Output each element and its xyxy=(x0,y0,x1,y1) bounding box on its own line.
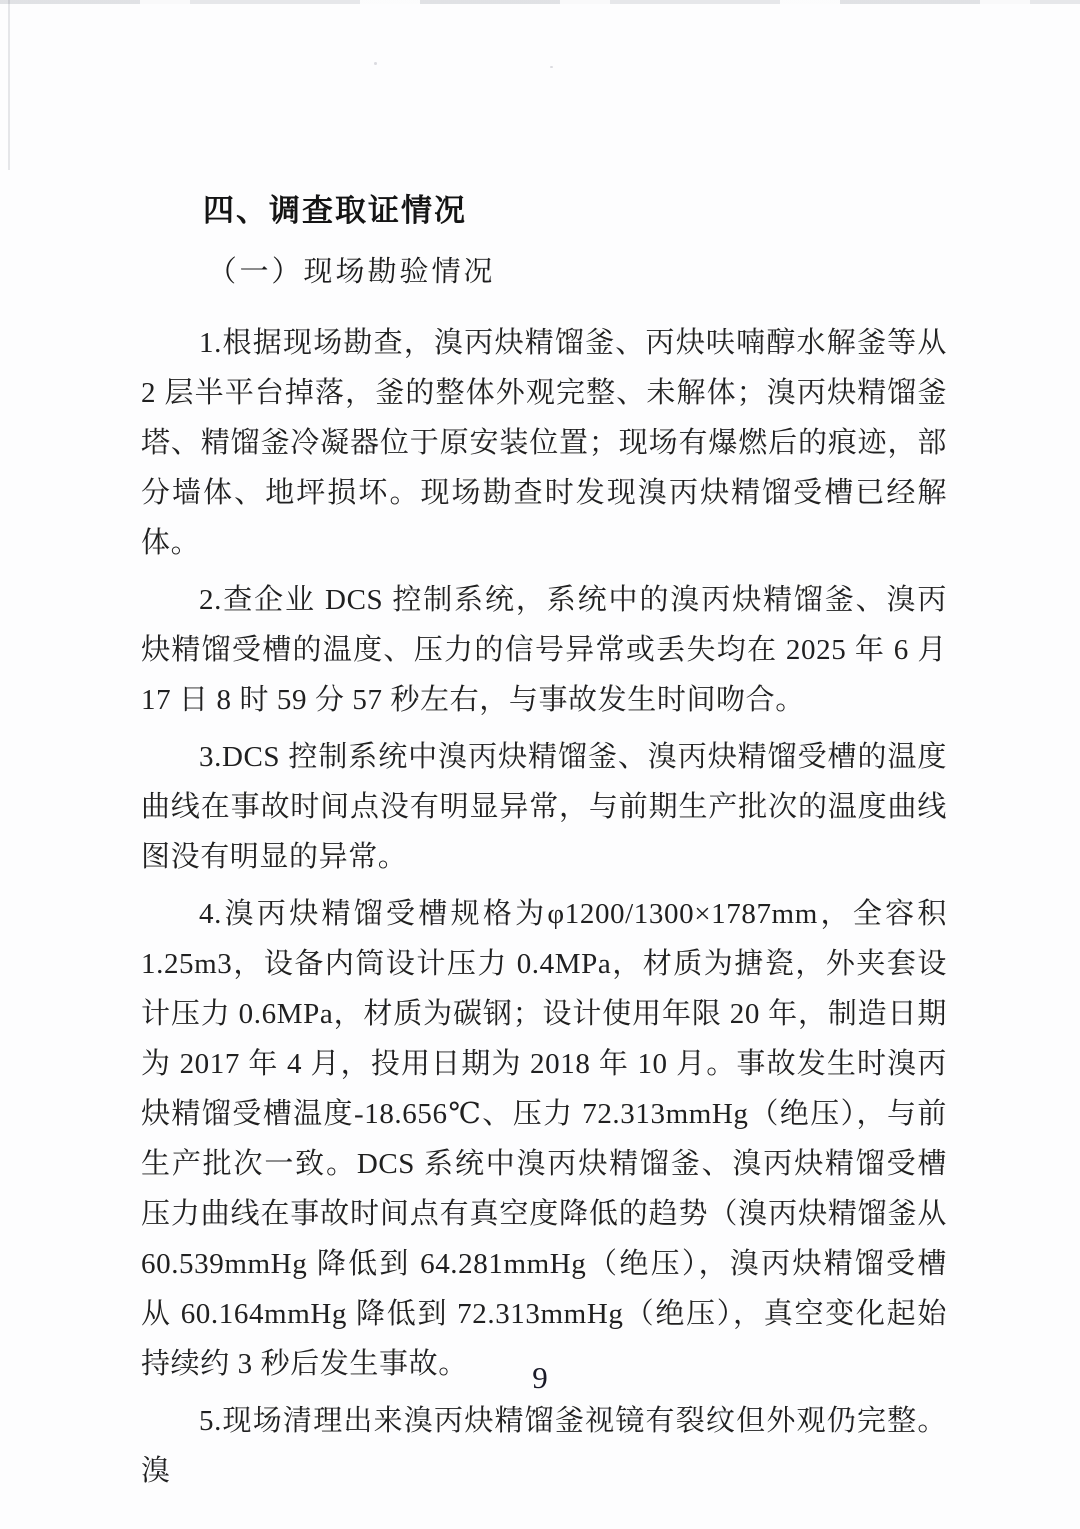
scan-edge-artifact xyxy=(8,0,10,170)
subsection-heading: （一）现场勘验情况 xyxy=(141,252,948,292)
paragraph-sight-glass: 5.现场清理出来溴丙炔精馏釜视镜有裂纹但外观仍完整。溴 xyxy=(141,1396,947,1496)
paragraph-dcs-signal-loss: 2.查企业 DCS 控制系统，系统中的溴丙炔精馏釜、溴丙炔精馏受槽的温度、压力的… xyxy=(141,575,947,725)
document-body: 四、调查取证情况 （一）现场勘验情况 1.根据现场勘查，溴丙炔精馏釜、丙炔呋喃醇… xyxy=(141,0,947,1503)
scanned-document-page: 四、调查取证情况 （一）现场勘验情况 1.根据现场勘查，溴丙炔精馏釜、丙炔呋喃醇… xyxy=(0,0,1080,1529)
page-number: 9 xyxy=(0,1358,1080,1398)
paragraph-site-survey: 1.根据现场勘查，溴丙炔精馏釜、丙炔呋喃醇水解釜等从 2 层半平台掉落，釜的整体… xyxy=(141,318,947,568)
section-heading: 四、调查取证情况 xyxy=(141,190,947,232)
paragraph-temperature-curve: 3.DCS 控制系统中溴丙炔精馏釜、溴丙炔精馏受槽的温度曲线在事故时间点没有明显… xyxy=(141,732,947,882)
paragraph-receiver-specs: 4.溴丙炔精馏受槽规格为φ1200/1300×1787mm，全容积 1.25m3… xyxy=(141,889,947,1389)
